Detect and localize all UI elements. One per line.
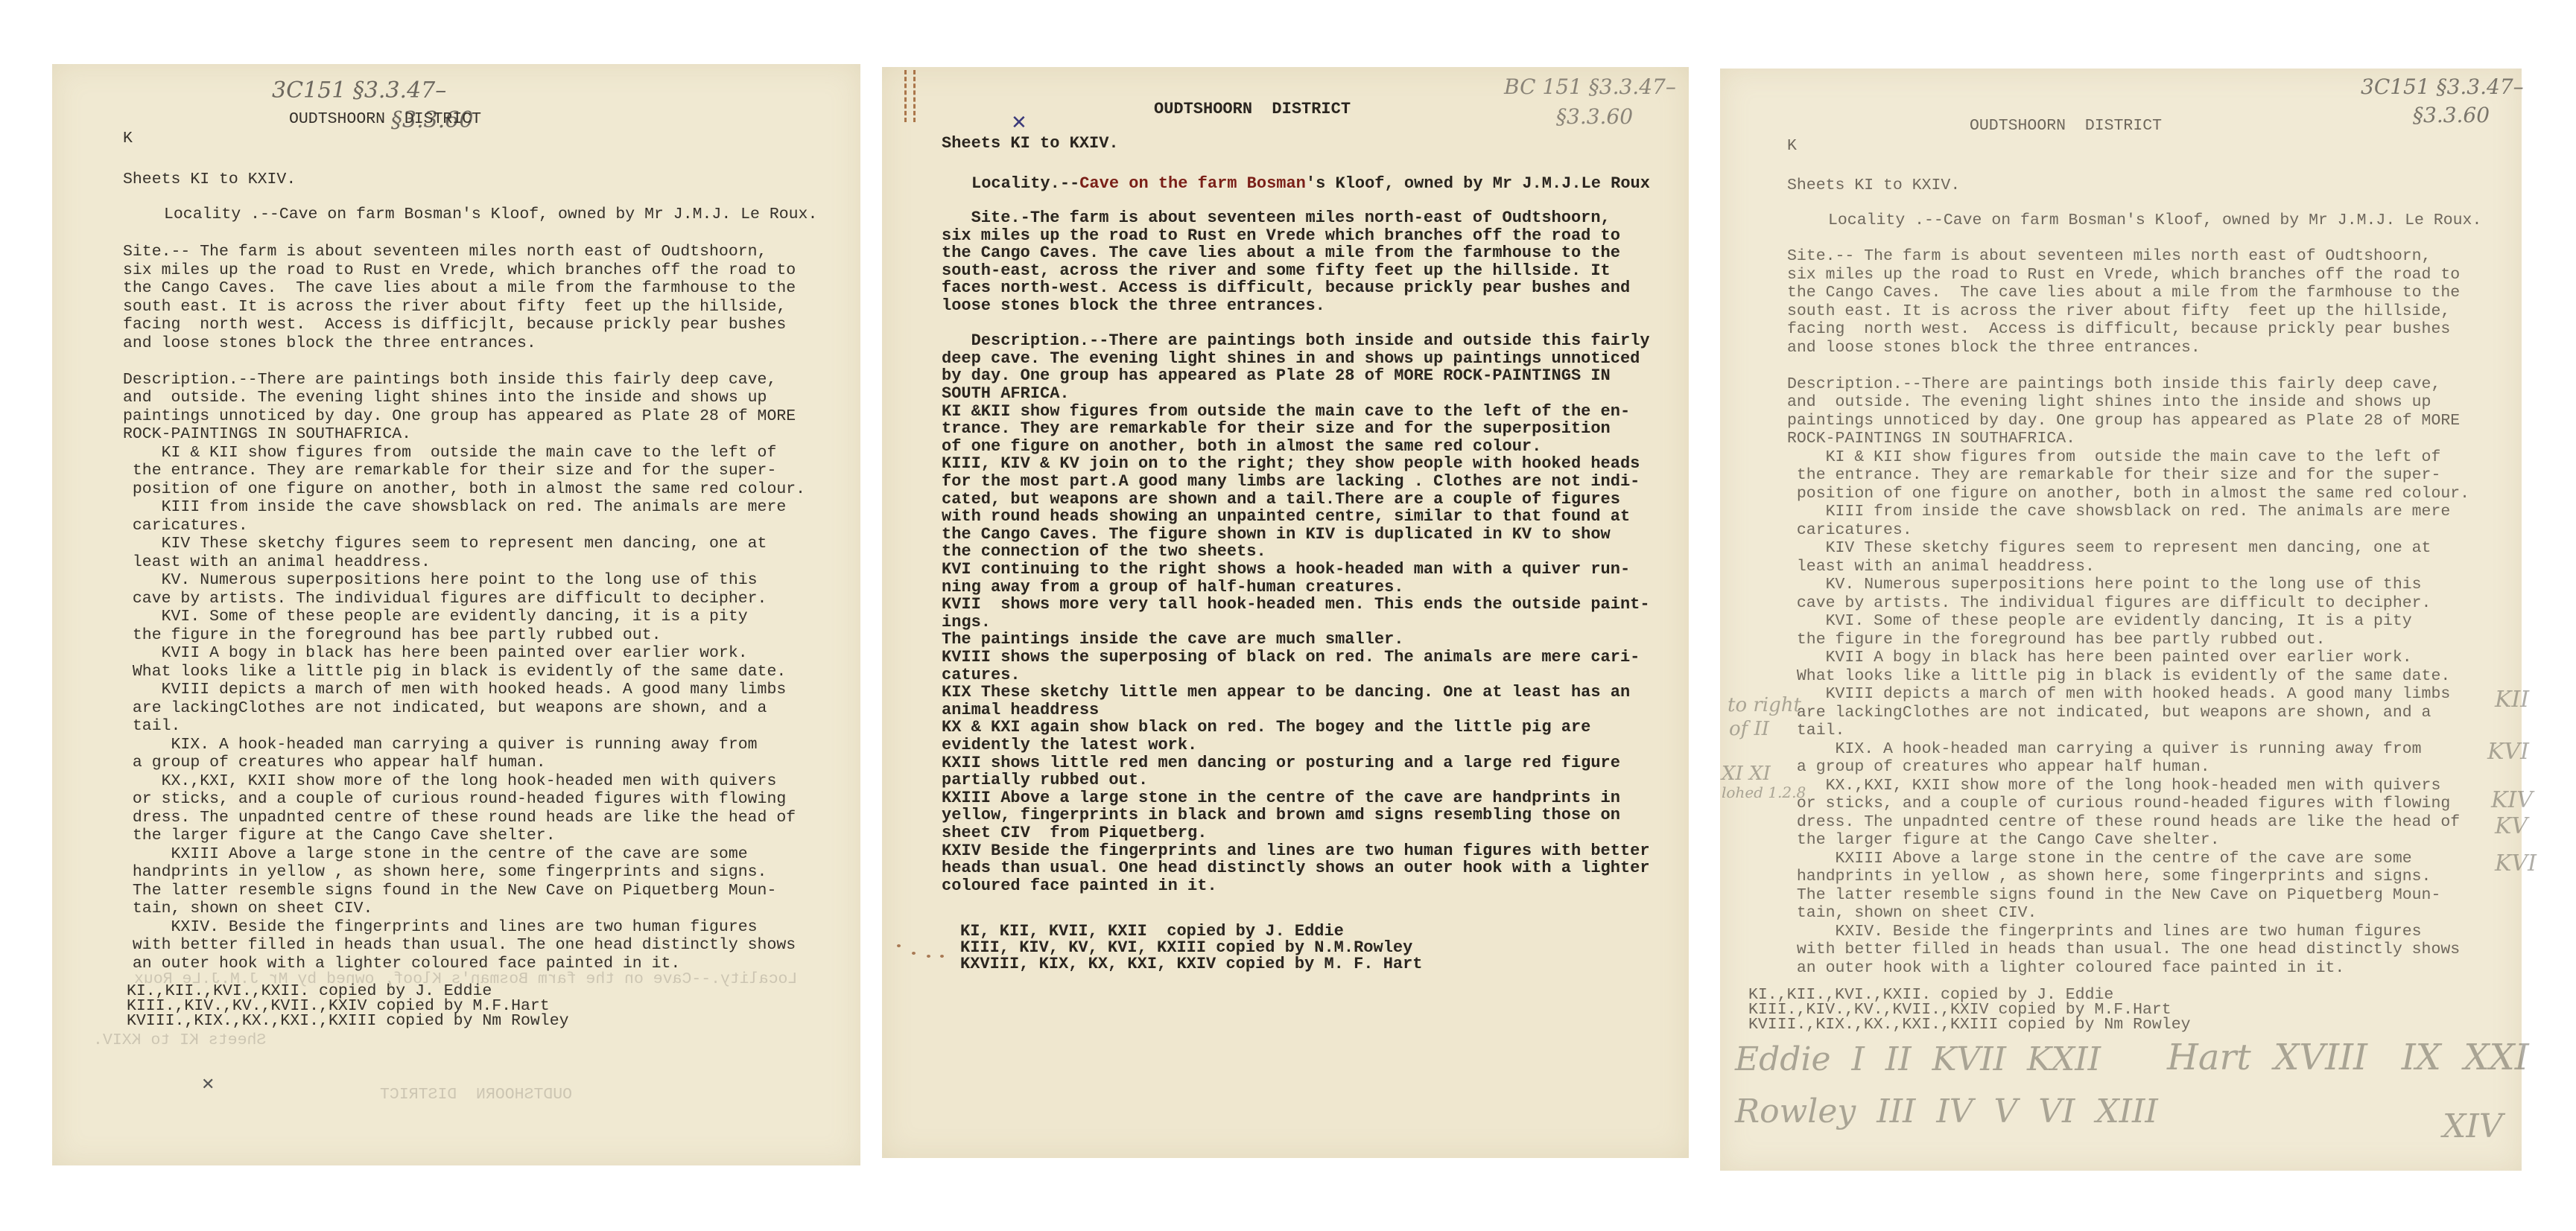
text-line: KX.,KXI, KXII show more of the long hook… [123,772,776,790]
text-line: tail. [123,717,180,735]
text-line: the entrance. They are remarkable for th… [123,462,776,480]
pencil-note: Rowley III IV V VI XIII [1735,1092,2158,1130]
text-line: least with an animal headdress. [1787,558,2095,576]
text-line: the entrance. They are remarkable for th… [1787,466,2440,484]
text-line: The paintings inside the cave are much s… [942,630,1404,649]
text-line: caricatures. [123,517,248,535]
text-line: KX.,KXI, KXII show more of the long hook… [1787,777,2440,795]
text-line: dress. The unpadnted centre of these rou… [123,809,796,827]
text-line: KVIII shows the superposing of black on … [942,648,1640,667]
text-line: ning away from a group of half-human cre… [942,578,1404,597]
margin-note: KVI [2495,850,2537,877]
text-line: six miles up the road to Rust en Vrede, … [123,261,796,279]
ghost-text-line: OUDTSHOORN DISTRICT [380,1086,572,1104]
text-line: and outside. The evening light shines in… [123,389,767,407]
text-line: KVII A bogy in black has here been paint… [1787,649,2412,667]
text-line: the larger figure at the Cango Cave shel… [1787,831,2220,849]
text-line: with round heads showing an unpainted ce… [942,507,1630,526]
rust-spot-icon [897,944,901,947]
staple-mark-icon [904,70,909,122]
margin-note: KII [2495,687,2529,713]
text-line: KXIII Above a large stone in the centre … [1787,850,2412,868]
rust-spot-icon [927,955,930,958]
text-line: caricatures. [1787,521,1912,539]
text-line: KIX. A hook-headed man carrying a quiver… [1787,740,2422,758]
text-line: Site.-The farm is about seventeen miles … [942,209,1611,227]
text-line: KVIII depicts a march of men with hooked… [1787,685,2450,703]
text-line: position of one figure on another, both … [1787,485,2469,503]
margin-note: of II [1729,718,1769,740]
text-line: and loose stones block the three entranc… [1787,339,2201,357]
margin-note: KV [2495,813,2528,839]
locality-label: Locality.-- [971,174,1079,193]
text-line: are lackingClothes are not indicated, bu… [1787,704,2431,722]
text-line: KXIII Above a large stone in the centre … [123,845,748,863]
archive-annotation: 3C151 §3.3.47– [2361,74,2524,99]
text-line: What looks like a little pig in black is… [123,663,786,681]
credit-line: KVIII.,KIX.,KX.,KXI.,KXIII copied by Nm … [1748,1016,2191,1034]
text-line: of one figure on another, both in almost… [942,437,1541,456]
text-line: KXIV. Beside the fingerprints and lines … [1787,923,2422,941]
document-page-1: 3C151 §3.3.47– §3.3.60 OUDTSHOORN DISTRI… [52,64,860,1165]
credit-line: KXVIII, KIX, KX, KXI, KXIV copied by M. … [960,955,1423,973]
text-line: KVIII depicts a march of men with hooked… [123,681,786,699]
rust-spot-icon [940,955,944,958]
text-line: The latter resemble signs found in the N… [123,882,776,900]
text-line: KVII shows more very tall hook-headed me… [942,595,1650,614]
text-line: deep cave. The evening light shines in a… [942,349,1640,368]
archive-annotation: BC 151 §3.3.47– [1504,74,1676,99]
text-line: catures. [942,666,1021,684]
text-line: the Cango Caves. The cave lies about a m… [123,279,796,297]
text-line: Site.-- The farm is about seventeen mile… [123,243,767,261]
rust-spot-icon [912,952,916,955]
text-line: south east. It is across the river about… [1787,302,2450,320]
text-line: evidently the latest work. [942,736,1197,754]
locality-line: Locality.--Cave on the farm Bosman's Klo… [971,174,1650,193]
page-heading: OUDTSHOORN DISTRICT [1970,117,2162,135]
text-line: KVI. Some of these people are evidently … [123,608,748,626]
x-correction-icon: ✕ [1011,112,1027,134]
series-letter: K [1787,137,1797,155]
page-heading: OUDTSHOORN DISTRICT [1154,100,1351,118]
text-line: What looks like a little pig in black is… [1787,667,2450,685]
text-line: an outer hook with a lighter coloured fa… [1787,959,2344,977]
text-line: are lackingClothes are not indicated, bu… [123,699,767,717]
text-line: Description.--There are paintings both i… [942,331,1650,350]
locality-line: Locality .--Cave on farm Bosman's Kloof,… [164,206,817,223]
text-line: KIV These sketchy figures seem to repres… [123,535,767,553]
text-line: tain, shown on sheet CIV. [123,900,372,917]
text-line: yellow, fingerprints in black and brown … [942,806,1620,824]
text-line: handprints in yellow , as shown here, so… [1787,868,2431,885]
text-line: six miles up the road to Rust en Vrede w… [942,226,1620,245]
text-line: with better filled in heads than usual. … [1787,941,2460,958]
ghost-text-line: Locality.--Cave on the farm Bosman's Klo… [134,970,797,988]
text-line: KIII from inside the cave showsblack on … [123,498,786,516]
text-line: cave by artists. The individual figures … [1787,594,2431,612]
text-line: and outside. The evening light shines in… [1787,393,2431,411]
text-line: a group of creatures who appear half hum… [123,754,546,772]
document-page-2: BC 151 §3.3.47– §3.3.60 OUDTSHOORN DISTR… [882,67,1689,1158]
text-line: with better filled in heads than usual. … [123,936,796,954]
text-line: The latter resemble signs found in the N… [1787,886,2440,904]
text-line: KVII A bogy in black has here been paint… [123,644,748,662]
text-line: loose stones block the three entrances. [942,296,1325,315]
text-line: KXIV. Beside the fingerprints and lines … [123,918,758,936]
text-line: ings. [942,613,991,632]
locality-text: 's Kloof, owned by Mr J.M.J.Le Roux [1306,174,1650,193]
text-line: dress. The unpadnted centre of these rou… [1787,813,2460,831]
text-line: the larger figure at the Cango Cave shel… [123,827,556,844]
credit-line: KVIII.,KIX.,KX.,KXI.,KXIII copied by Nm … [127,1012,569,1030]
locality-red-text: Cave on the farm Bosman [1079,174,1306,193]
text-line: ROCK-PAINTINGS IN SOUTHAFRICA. [1787,430,2075,448]
text-line: KIX. A hook-headed man carrying a quiver… [123,736,758,754]
sheets-range: Sheets KI to KXIV. [942,134,1119,153]
document-page-3: 3C151 §3.3.47– §3.3.60 OUDTSHOORN DISTRI… [1720,69,2522,1171]
text-line: KX & KXI again show black on red. The bo… [942,718,1590,737]
pencil-note: Eddie I II KVII KXII [1735,1040,2101,1078]
margin-note: KVI [2487,739,2529,765]
text-line: paintings unnoticed by day. One group ha… [1787,412,2460,430]
ghost-text-line: Sheets KI to KXIV. [93,1031,266,1049]
margin-note: lohed 1.2.8 [1722,783,1806,801]
text-line: ROCK-PAINTINGS IN SOUTHAFRICA. [123,425,411,443]
text-line: KIII, KIV & KV join on to the right; the… [942,454,1640,473]
margin-note: XI XI [1722,763,1771,785]
text-line: the Cango Caves. The figure shown in KIV… [942,525,1611,544]
text-line: Description.--There are paintings both i… [1787,375,2440,393]
text-line: KIII from inside the cave showsblack on … [1787,503,2450,521]
text-line: KIX These sketchy little men appear to b… [942,683,1630,702]
text-line: KV. Numerous superpositions here point t… [1787,576,2422,594]
text-line: KI & KII show figures from outside the m… [123,444,776,462]
text-line: KXIII Above a large stone in the centre … [942,789,1620,807]
text-line: position of one figure on another, both … [123,480,805,498]
text-line: a group of creatures who appear half hum… [1787,758,2210,776]
archive-annotation: §3.3.60 [1556,104,1633,129]
archive-annotation: 3C151 §3.3.47– [272,77,446,104]
pencil-note: Hart XVIII IX XXI [2167,1037,2529,1078]
series-letter: K [123,130,133,147]
text-line: KVI continuing to the right shows a hook… [942,560,1630,579]
text-line: KI & KII show figures from outside the m… [1787,448,2440,466]
text-line: and loose stones block the three entranc… [123,334,536,352]
text-line: the connection of the two sheets. [942,542,1266,561]
text-line: the figure in the foreground has bee par… [1787,631,2326,649]
sheets-range: Sheets KI to KXIV. [123,171,296,188]
text-line: KXII shows little red men dancing or pos… [942,754,1620,772]
text-line: the Cango Caves. The cave lies about a m… [1787,284,2460,302]
archive-annotation: §3.3.60 [2413,103,2490,127]
text-line: KXIV Beside the fingerprints and lines a… [942,842,1650,860]
text-line: south-east, across the river and some fi… [942,261,1611,280]
margin-note: KIV [2491,787,2533,813]
text-line: heads than usual. One head distinctly sh… [942,859,1650,877]
text-line: by day. One group has appeared as Plate … [942,366,1611,385]
text-line: KV. Numerous superpositions here point t… [123,571,758,589]
page-heading: OUDTSHOORN DISTRICT [289,110,481,128]
margin-note: to right [1728,694,1801,716]
text-line: facing north west. Access is difficult, … [1787,320,2450,338]
locality-line: Locality .--Cave on farm Bosman's Kloof,… [1828,211,2481,229]
text-line: for the most part.A good many limbs are … [942,472,1640,491]
text-line: KI &KII show figures from outside the ma… [942,402,1630,421]
text-line: animal headdress [942,701,1099,719]
text-line: faces north-west. Access is difficult, b… [942,279,1630,297]
text-line: an outer hook with a lighter coloured fa… [123,955,680,973]
text-line: Site.-- The farm is about seventeen mile… [1787,247,2431,265]
text-line: tail. [1787,722,1844,739]
text-line: south east. It is across the river about… [123,298,786,316]
text-line: tain, shown on sheet CIV. [1787,904,2037,922]
text-line: handprints in yellow , as shown here, so… [123,863,767,881]
text-line: or sticks, and a couple of curious round… [1787,795,2450,812]
text-line: the Cango Caves. The cave lies about a m… [942,244,1620,262]
text-line: KIV These sketchy figures seem to repres… [1787,539,2431,557]
x-mark-icon: ✕ [201,1075,215,1094]
text-line: Description.--There are paintings both i… [123,371,776,389]
text-line: SOUTH AFRICA. [942,384,1070,403]
text-line: sheet CIV from Piquetberg. [942,824,1207,842]
text-line: KVI. Some of these people are evidently … [1787,612,2412,630]
sheets-range: Sheets KI to KXIV. [1787,176,1960,194]
staple-mark-icon [913,70,918,122]
text-line: six miles up the road to Rust en Vrede, … [1787,266,2460,284]
pencil-note: XIV [2443,1107,2502,1145]
text-line: trance. They are remarkable for their si… [942,419,1611,438]
text-line: the figure in the foreground has bee par… [123,626,662,644]
text-line: cave by artists. The individual figures … [123,590,767,608]
text-line: cated, but weapons are shown and a tail.… [942,490,1620,509]
text-line: least with an animal headdress. [123,553,431,571]
text-line: paintings unnoticed by day. One group ha… [123,407,796,425]
text-line: coloured face painted in it. [942,877,1217,895]
text-line: partially rubbed out. [942,771,1148,789]
text-line: facing north west. Access is difficjlt, … [123,316,786,334]
text-line: or sticks, and a couple of curious round… [123,790,786,808]
